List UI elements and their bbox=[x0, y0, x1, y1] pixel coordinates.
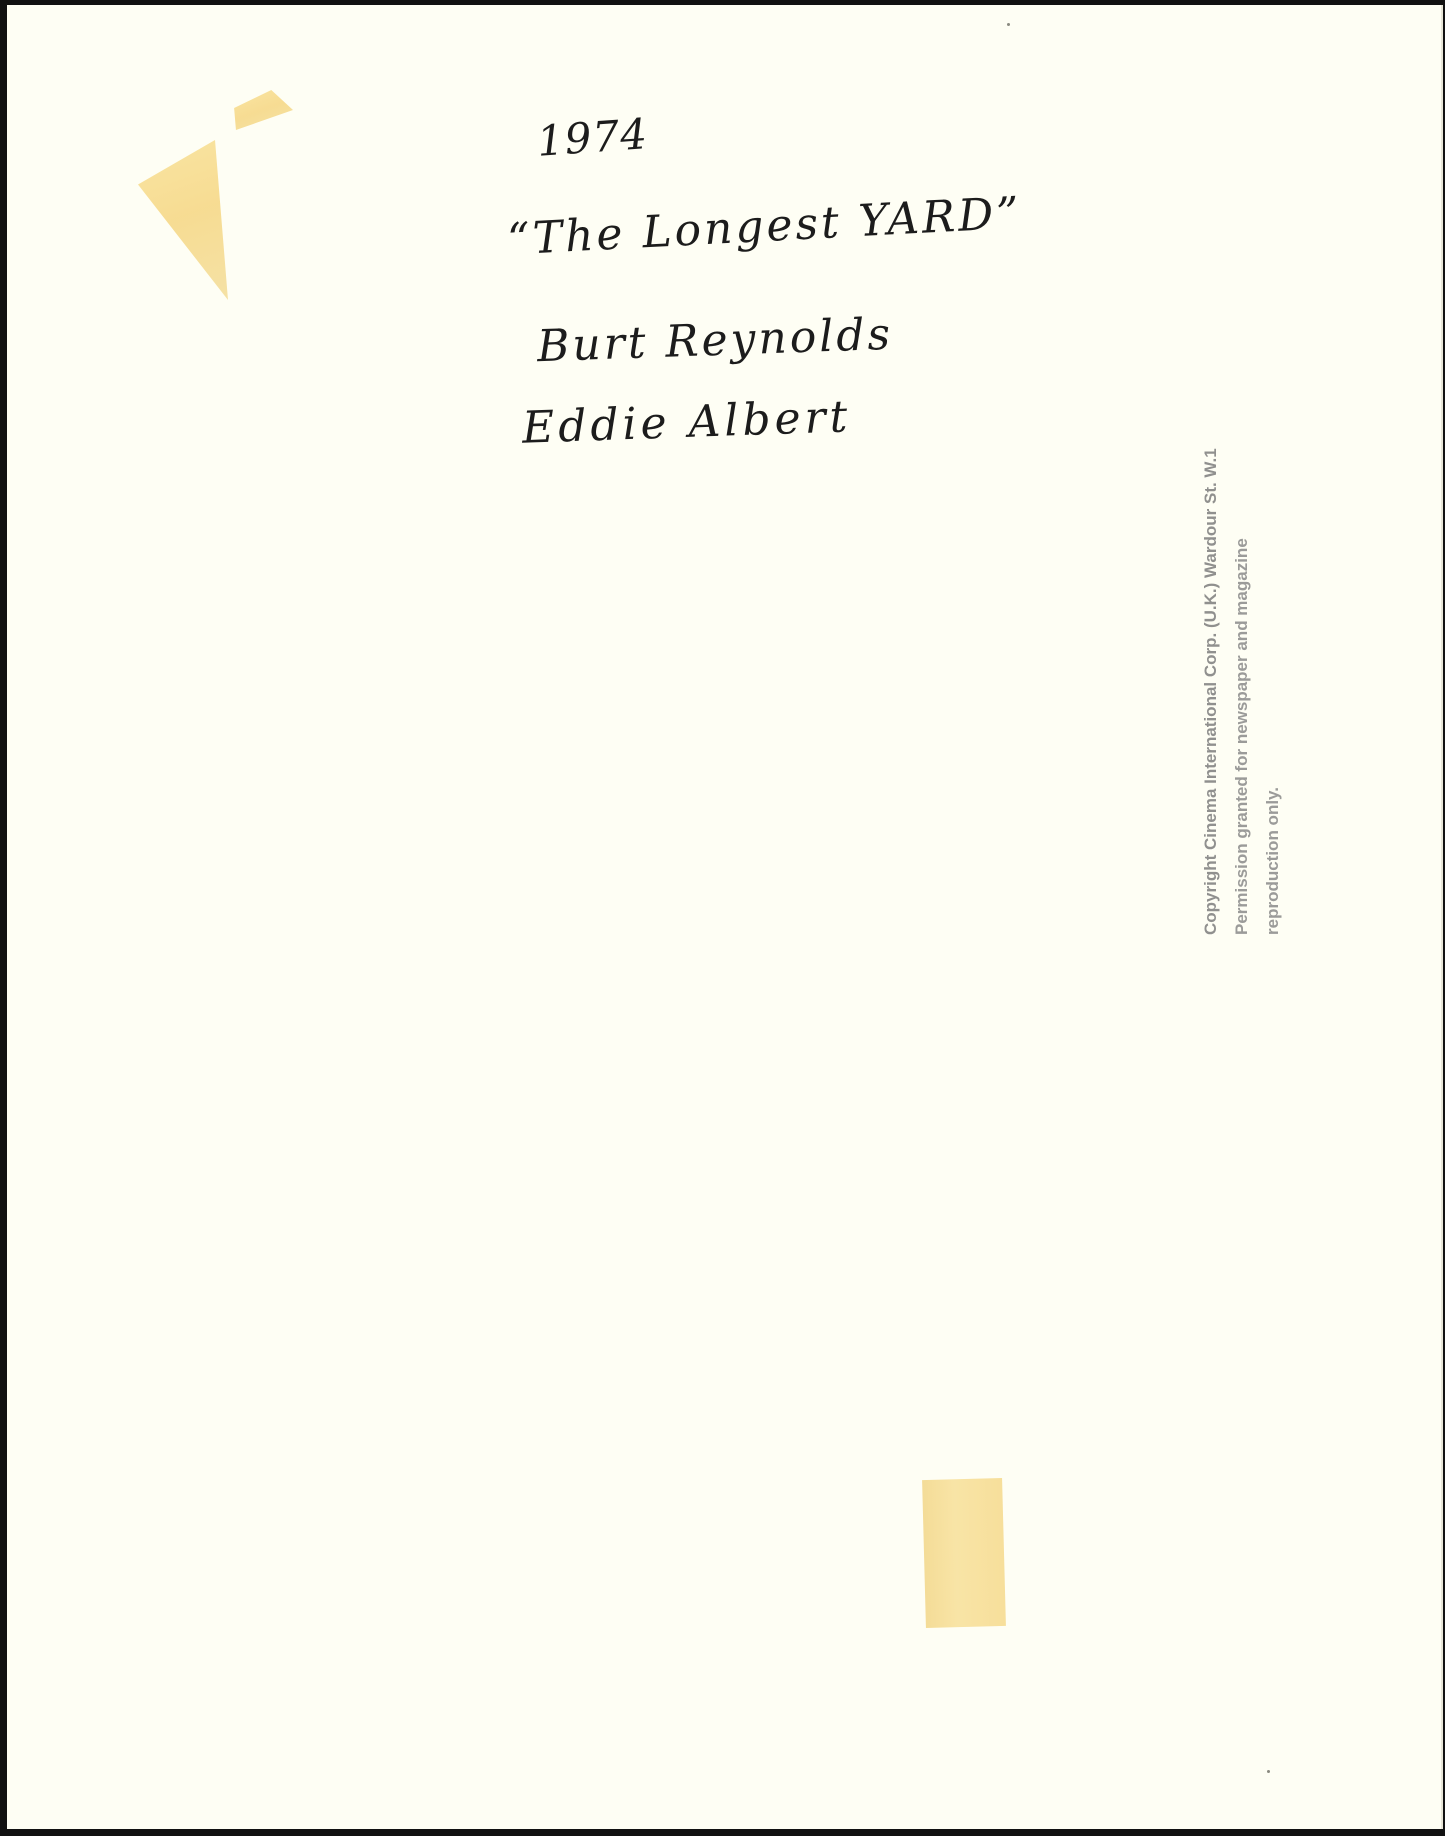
photo-back-paper: 1974 “The Longest YARD” Burt Reynolds Ed… bbox=[7, 5, 1443, 1829]
paper-speck bbox=[1267, 1770, 1270, 1773]
copyright-stamp: Copyright Cinema International Corp. (U.… bbox=[1195, 255, 1288, 935]
stamp-line-3: reproduction only. bbox=[1257, 255, 1288, 935]
tape-piece-top-left-large bbox=[130, 135, 230, 300]
paper-speck bbox=[1007, 23, 1010, 26]
handwritten-film-title: “The Longest YARD” bbox=[506, 188, 1023, 266]
stamp-line-1: Copyright Cinema International Corp. (U.… bbox=[1195, 255, 1226, 935]
tape-piece-top-left-small bbox=[231, 90, 293, 130]
handwritten-actor-1: Burt Reynolds bbox=[536, 309, 894, 372]
handwritten-actor-2: Eddie Albert bbox=[521, 391, 852, 453]
tape-piece-bottom bbox=[922, 1478, 1006, 1628]
stamp-line-2: Permission granted for newspaper and mag… bbox=[1226, 255, 1257, 935]
handwritten-year: 1974 bbox=[535, 109, 649, 166]
